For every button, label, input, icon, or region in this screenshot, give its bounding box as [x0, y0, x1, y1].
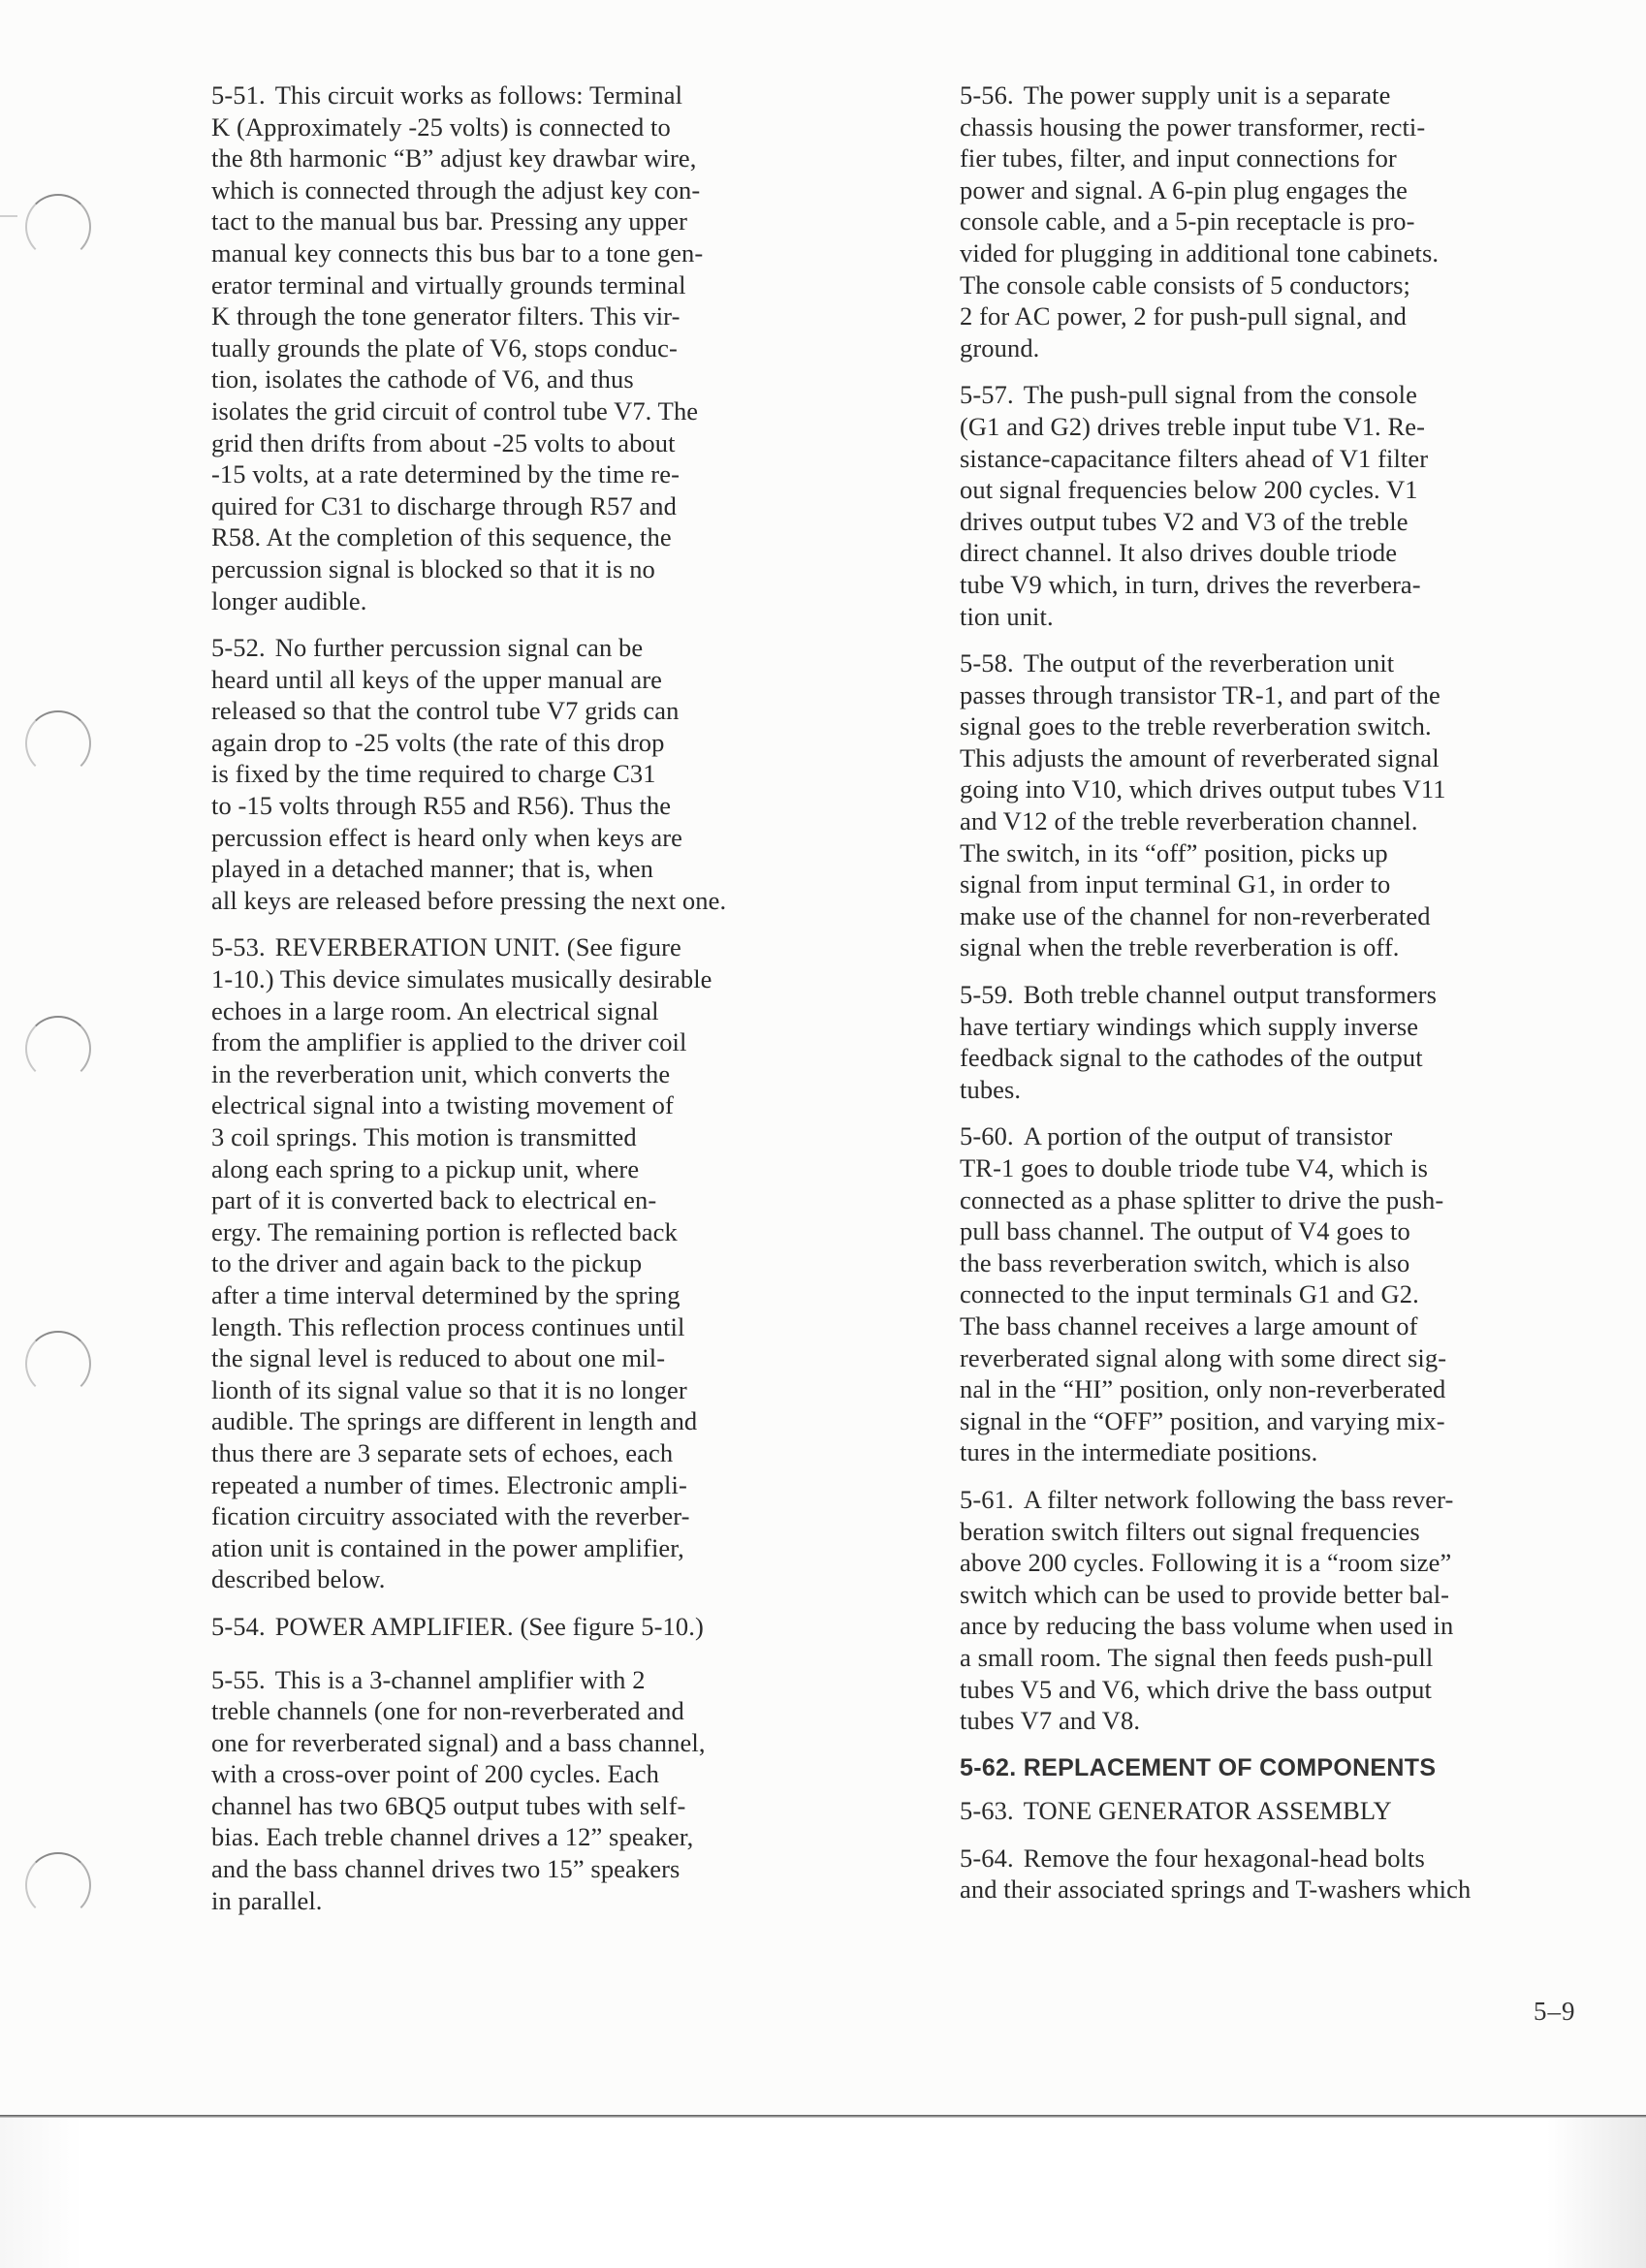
binder-hole-mark	[25, 1331, 91, 1397]
section-heading-replacement-of-components: 5-62. REPLACEMENT OF COMPONENTS	[960, 1752, 1585, 1784]
scanner-background	[0, 2118, 1646, 2268]
binder-hole-mark	[25, 1016, 91, 1082]
page-number: 5–9	[1534, 1997, 1576, 2027]
paragraph-5-57: 5-57.The push-pull signal from the conso…	[960, 379, 1585, 632]
paragraph-5-54: 5-54.POWER AMPLIFIER. (See figure 5-10.)	[211, 1611, 880, 1643]
paragraph-5-51: 5-51.This circuit works as follows: Term…	[211, 79, 880, 616]
paragraph-5-56: 5-56.The power supply unit is a separate…	[960, 79, 1585, 363]
paragraph-number: 5-60.	[960, 1121, 1014, 1150]
paragraph-number: 5-53.	[211, 932, 266, 961]
right-column: 5-56.The power supply unit is a separate…	[960, 79, 1585, 1921]
paragraph-number: 5-56.	[960, 80, 1014, 110]
paragraph-5-58: 5-58.The output of the reverberation uni…	[960, 647, 1585, 963]
document-page: 5-51.This circuit works as follows: Term…	[0, 0, 1646, 2117]
paragraph-number: 5-64.	[960, 1843, 1014, 1873]
paragraph-5-53: 5-53.REVERBERATION UNIT. (See figure 1-1…	[211, 931, 880, 1594]
paragraph-number: 5-59.	[960, 980, 1014, 1009]
paragraph-number: 5-57.	[960, 380, 1014, 409]
binder-hole-mark	[25, 194, 91, 260]
binder-hole-shadow	[0, 215, 17, 217]
paragraph-number: 5-61.	[960, 1485, 1014, 1514]
left-column: 5-51.This circuit works as follows: Term…	[211, 79, 880, 1932]
paragraph-5-60: 5-60.A portion of the output of transist…	[960, 1120, 1585, 1468]
paragraph-number: 5-58.	[960, 648, 1014, 677]
paragraph-5-55: 5-55.This is a 3-channel amplifier with …	[211, 1664, 880, 1917]
binder-hole-mark	[25, 710, 91, 776]
subsection-heading-tone-generator-assembly: 5-63.TONE GENERATOR ASSEMBLY	[960, 1795, 1585, 1827]
binder-hole-mark	[25, 1852, 91, 1918]
paragraph-5-52: 5-52.No further percussion signal can be…	[211, 632, 880, 916]
paragraph-5-61: 5-61.A filter network following the bass…	[960, 1484, 1585, 1737]
paragraph-number: 5-51.	[211, 80, 266, 110]
paragraph-number: 5-52.	[211, 633, 266, 662]
paragraph-number: 5-54.	[211, 1612, 266, 1641]
paragraph-5-59: 5-59.Both treble channel output transfor…	[960, 979, 1585, 1105]
paragraph-5-64: 5-64.Remove the four hexagonal-head bolt…	[960, 1843, 1585, 1906]
paragraph-number: 5-55.	[211, 1665, 266, 1694]
